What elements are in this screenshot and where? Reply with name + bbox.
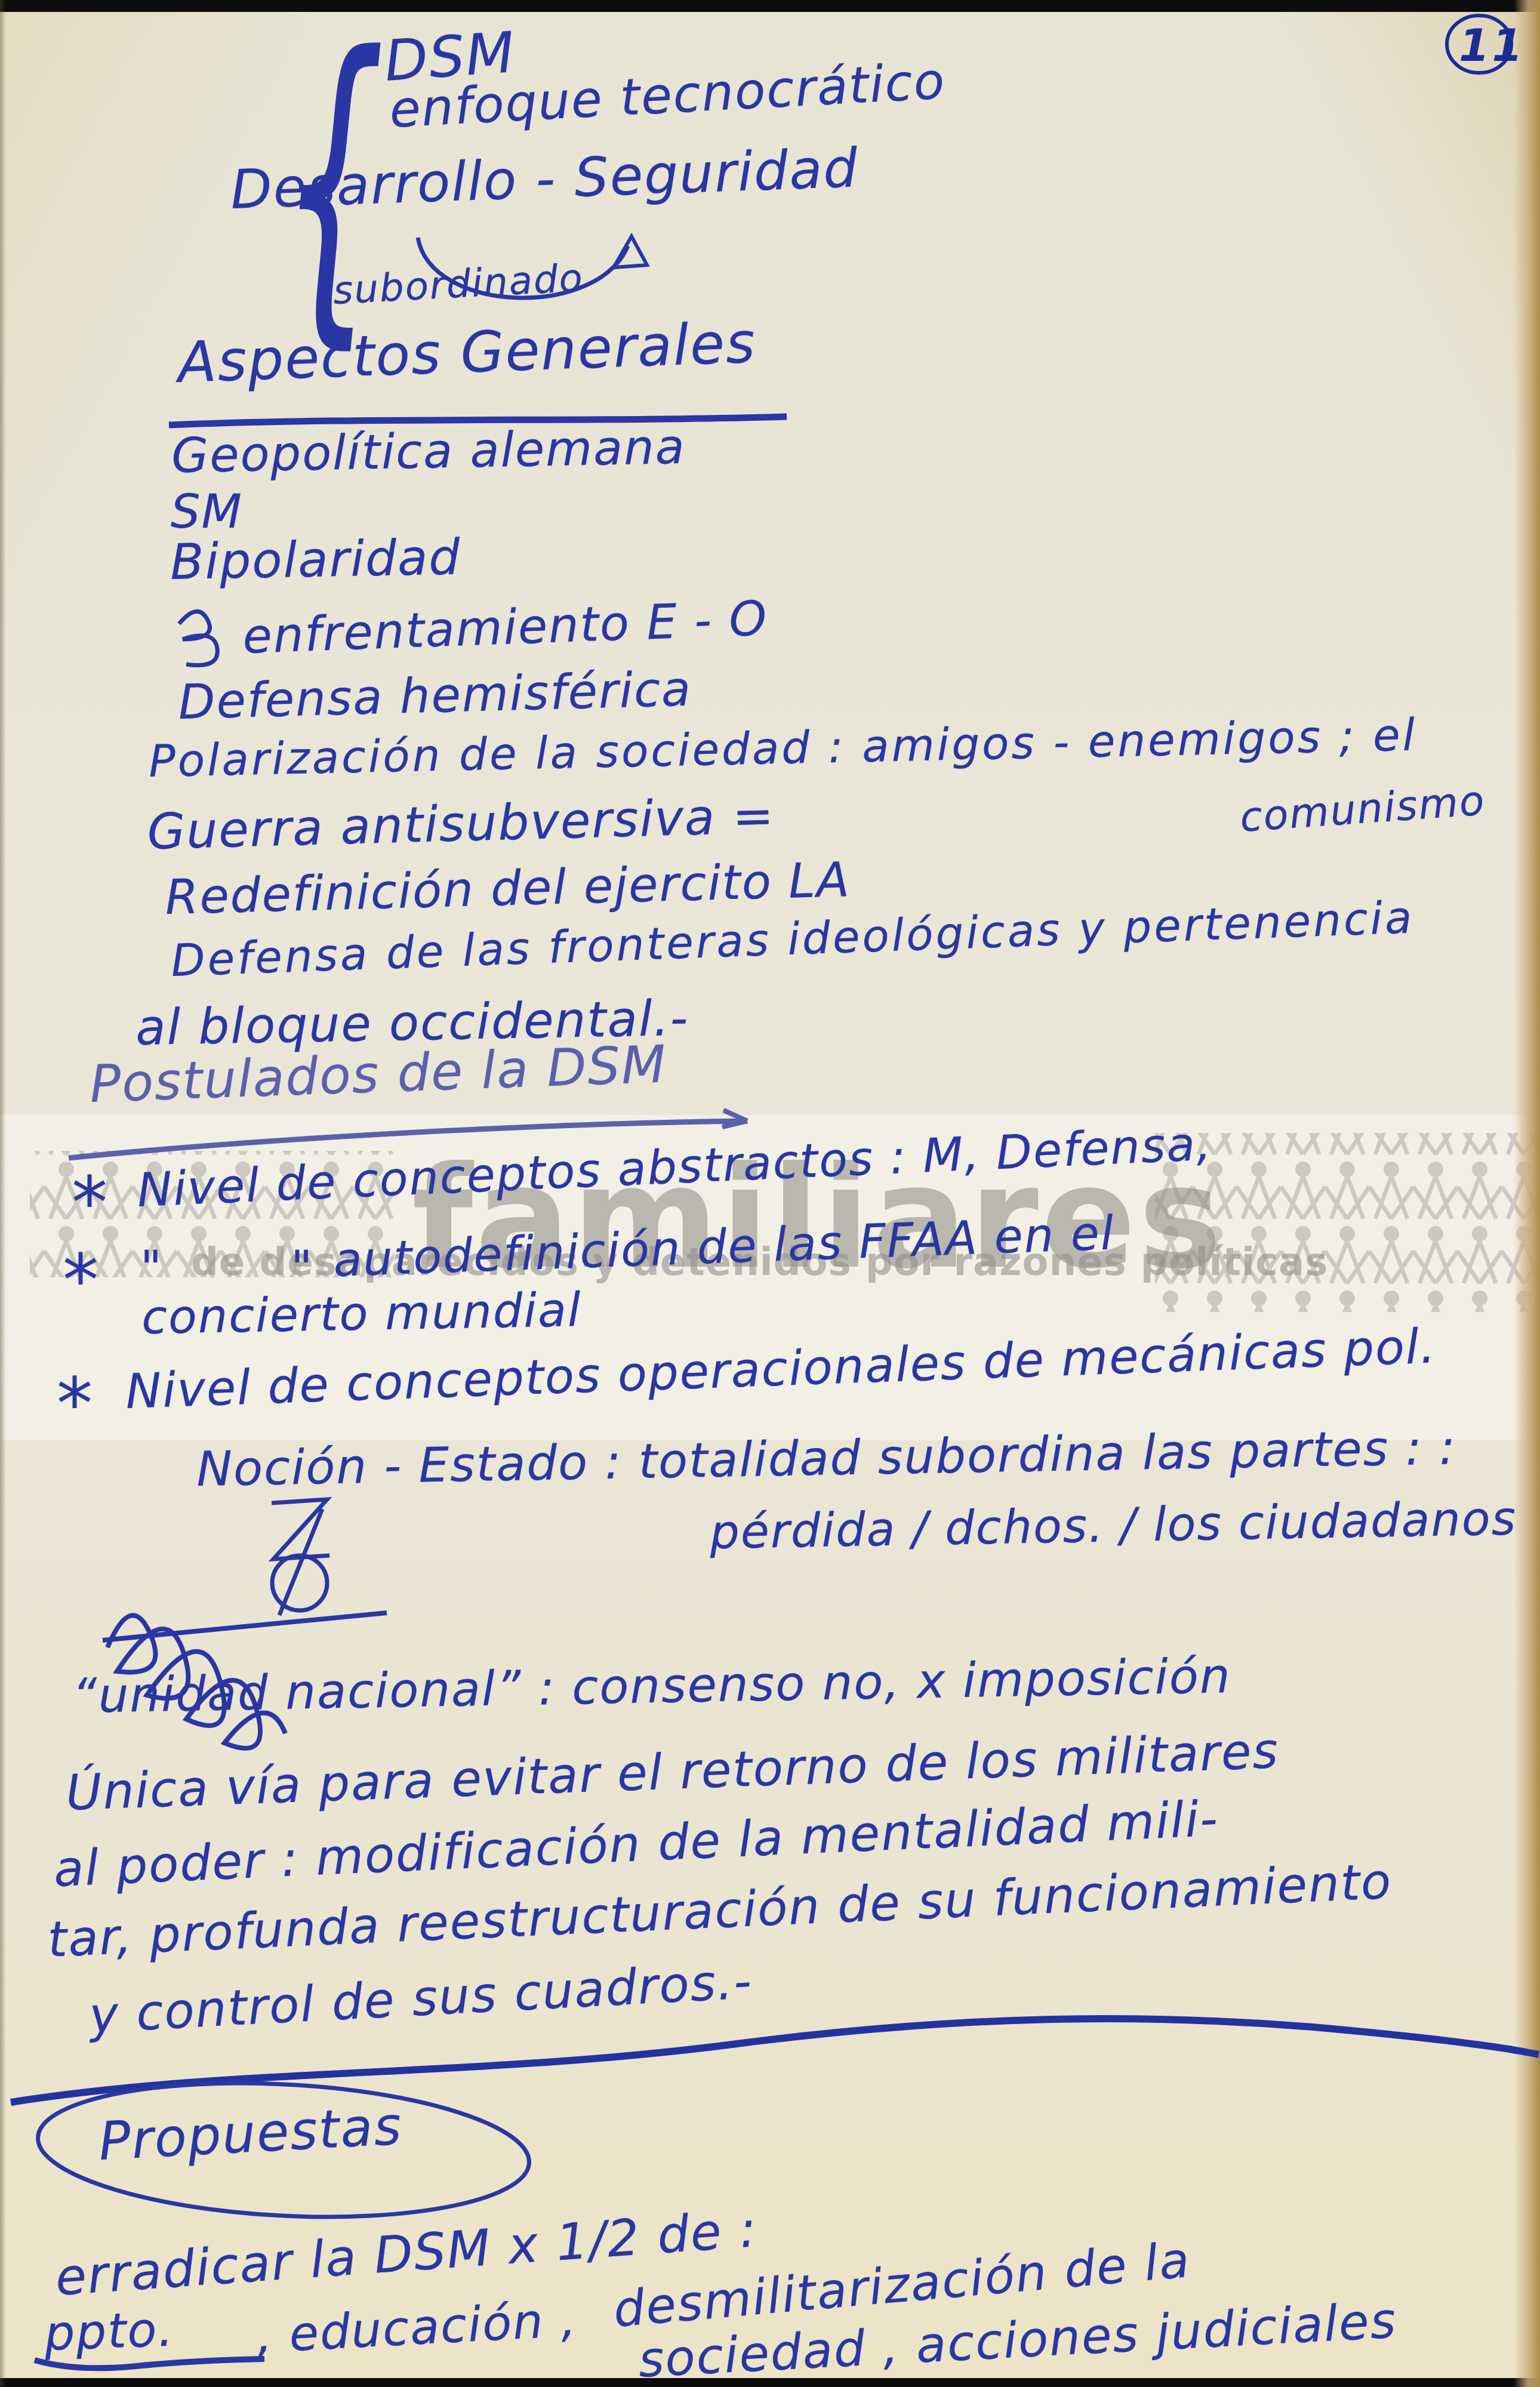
bullet-star-1: * [72,1175,109,1232]
ditto-marks: " " [140,1245,313,1293]
note-line-sm: SM [171,488,243,537]
note-line-bipolaridad: Bipolaridad [170,532,461,589]
scan-edge-top [0,0,1540,12]
note-line-geopolitica: Geopolítica alemana [171,422,686,481]
note-line-b2-cont: concierto mundial [141,1286,583,1343]
page-edge-left [0,0,6,2387]
bullet-star-3: * [57,1376,94,1433]
scanned-notebook-page: familiares de desaparecidos y detenidos … [0,0,1540,2387]
bullet-star-2: * [63,1252,100,1310]
note-line-ppto: ppto. [44,2304,175,2359]
page-number: 11 [1459,20,1525,72]
note-line-defensa-hemisferica: Defensa hemisférica [178,664,692,728]
page-edge-right [1514,0,1540,2387]
